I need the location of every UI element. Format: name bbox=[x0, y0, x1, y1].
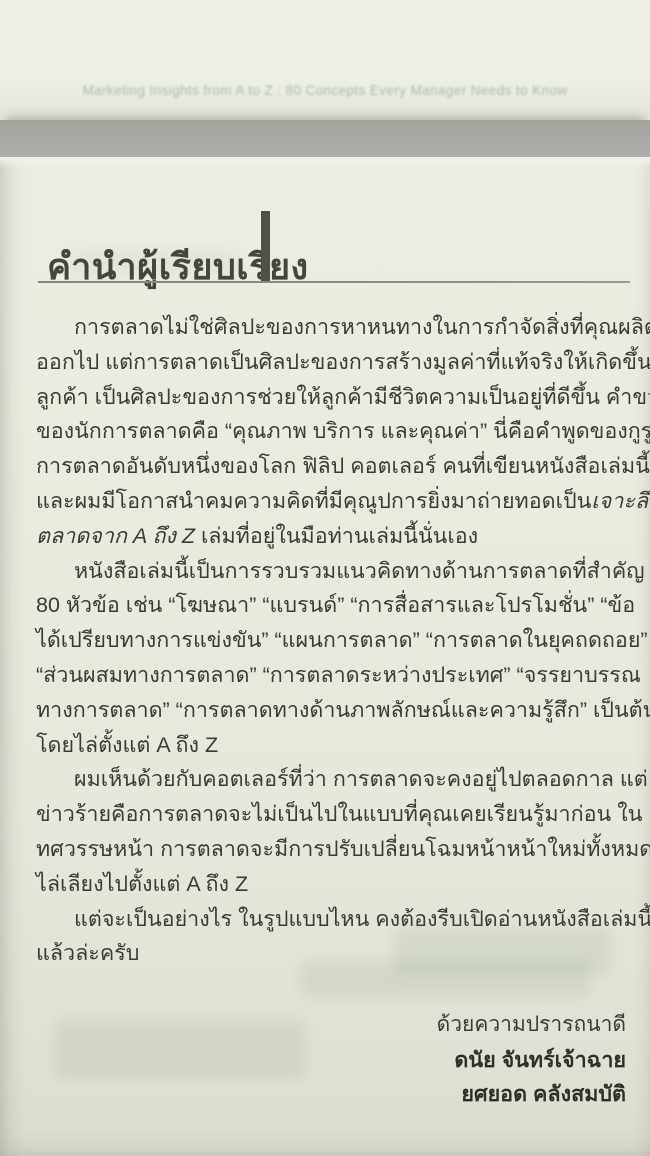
text-line: การตลาดไม่ใช่ศิลปะของการหาหนทางในการกำจั… bbox=[36, 310, 626, 345]
text-segment: ลูกค้า เป็นศิลปะของการช่วยให้ลูกค้ามีชีว… bbox=[36, 385, 650, 409]
text-segment: การตลาดอันดับหนึ่งของโลก ฟิลิป คอตเลอร์ … bbox=[36, 454, 650, 478]
text-segment: ทางการตลาด” “การตลาดทางด้านภาพลักษณ์และค… bbox=[36, 698, 650, 722]
text-line: ลูกค้า เป็นศิลปะของการช่วยให้ลูกค้ามีชีว… bbox=[36, 380, 626, 415]
text-line: ผมเห็นด้วยกับคอตเลอร์ที่ว่า การตลาดจะคงอ… bbox=[36, 762, 626, 797]
text-segment: โดยไล่ตั้งแต่ A ถึง Z bbox=[36, 733, 218, 757]
heading-vertical-bar bbox=[261, 211, 270, 282]
text-line: โดยไล่ตั้งแต่ A ถึง Z bbox=[36, 728, 626, 763]
text-line: หนังสือเล่มนี้เป็นการรวบรวมแนวคิดทางด้าน… bbox=[36, 554, 626, 589]
text-segment: แล้วล่ะครับ bbox=[36, 941, 139, 965]
paragraph: การตลาดไม่ใช่ศิลปะของการหาหนทางในการกำจั… bbox=[36, 310, 626, 554]
text-line: ออกไป แต่การตลาดเป็นศิลปะของการสร้างมูลค… bbox=[36, 345, 626, 380]
book-page-photo: Marketing Insights from A to Z : 80 Conc… bbox=[0, 0, 650, 1156]
show-through-smudge bbox=[300, 962, 590, 996]
text-segment: ได้เปรียบทางการแข่งขัน” “แผนการตลาด” “กา… bbox=[36, 628, 648, 652]
text-line: ตลาดจาก A ถึง Z เล่มที่อยู่ในมือท่านเล่ม… bbox=[36, 519, 626, 554]
text-line: “ส่วนผสมทางการตลาด” “การตลาดระหว่างประเท… bbox=[36, 658, 626, 693]
text-segment: ข่าวร้ายคือการตลาดจะไม่เป็นไปในแบบที่คุณ… bbox=[36, 802, 642, 826]
signature-name-2: ยศยอด คลังสมบัติ bbox=[437, 1077, 626, 1112]
text-line: ไล่เลียงไปตั้งแต่ A ถึง Z bbox=[36, 867, 626, 902]
show-through-header-text: Marketing Insights from A to Z : 80 Conc… bbox=[55, 83, 595, 98]
text-segment: เล่มที่อยู่ในมือท่านเล่มนี้นั่นเอง bbox=[195, 524, 478, 548]
text-line: ของนักการตลาดคือ “คุณภาพ บริการ และคุณค่… bbox=[36, 414, 626, 449]
text-line: 80 หัวข้อ เช่น “โฆษณา” “แบรนด์” “การสื่อ… bbox=[36, 588, 626, 623]
text-line: การตลาดอันดับหนึ่งของโลก ฟิลิป คอตเลอร์ … bbox=[36, 449, 626, 484]
signature-block: ด้วยความปรารถนาดี ดนัย จันทร์เจ้าฉาย ยศย… bbox=[437, 1008, 626, 1112]
text-segment: ผมเห็นด้วยกับคอตเลอร์ที่ว่า การตลาดจะคงอ… bbox=[74, 767, 648, 791]
signature-name-1: ดนัย จันทร์เจ้าฉาย bbox=[437, 1043, 626, 1078]
heading-rule-line bbox=[38, 281, 630, 283]
paragraph: ผมเห็นด้วยกับคอตเลอร์ที่ว่า การตลาดจะคงอ… bbox=[36, 762, 626, 901]
page-curl-highlight bbox=[0, 157, 650, 169]
text-line: ทางการตลาด” “การตลาดทางด้านภาพลักษณ์และค… bbox=[36, 693, 626, 728]
show-through-smudge bbox=[55, 1020, 305, 1078]
page-top-margin bbox=[0, 0, 650, 120]
text-segment: หนังสือเล่มนี้เป็นการรวบรวมแนวคิดทางด้าน… bbox=[74, 559, 650, 583]
text-segment: ของนักการตลาดคือ “คุณภาพ บริการ และคุณค่… bbox=[36, 419, 650, 443]
text-segment: และผมมีโอกาสนำคมความคิดที่มีคุณูปการยิ่ง… bbox=[36, 489, 591, 513]
text-line: ทศวรรษหน้า การตลาดจะมีการปรับเปลี่ยนโฉมห… bbox=[36, 832, 626, 867]
text-segment: ทศวรรษหน้า การตลาดจะมีการปรับเปลี่ยนโฉมห… bbox=[36, 837, 650, 861]
text-segment: ไล่เลียงไปตั้งแต่ A ถึง Z bbox=[36, 872, 248, 896]
book-title-italic: ตลาดจาก A ถึง Z bbox=[36, 524, 195, 548]
page-curl-shadow-band bbox=[0, 120, 650, 157]
signature-closing: ด้วยความปรารถนาดี bbox=[437, 1008, 626, 1043]
text-line: ข่าวร้ายคือการตลาดจะไม่เป็นไปในแบบที่คุณ… bbox=[36, 797, 626, 832]
text-segment: ออกไป แต่การตลาดเป็นศิลปะของการสร้างมูลค… bbox=[36, 350, 650, 374]
book-title-italic: เจาะลึกการ bbox=[591, 489, 650, 513]
text-segment: การตลาดไม่ใช่ศิลปะของการหาหนทางในการกำจั… bbox=[74, 315, 650, 339]
paragraph: หนังสือเล่มนี้เป็นการรวบรวมแนวคิดทางด้าน… bbox=[36, 554, 626, 763]
body-text: การตลาดไม่ใช่ศิลปะของการหาหนทางในการกำจั… bbox=[36, 310, 626, 971]
text-segment: “ส่วนผสมทางการตลาด” “การตลาดระหว่างประเท… bbox=[36, 663, 641, 687]
text-line: ได้เปรียบทางการแข่งขัน” “แผนการตลาด” “กา… bbox=[36, 623, 626, 658]
text-segment: แต่จะเป็นอย่างไร ในรูปแบบไหน คงต้องรีบเป… bbox=[74, 907, 650, 931]
text-line: และผมมีโอกาสนำคมความคิดที่มีคุณูปการยิ่ง… bbox=[36, 484, 626, 519]
text-segment: 80 หัวข้อ เช่น “โฆษณา” “แบรนด์” “การสื่อ… bbox=[36, 593, 635, 617]
